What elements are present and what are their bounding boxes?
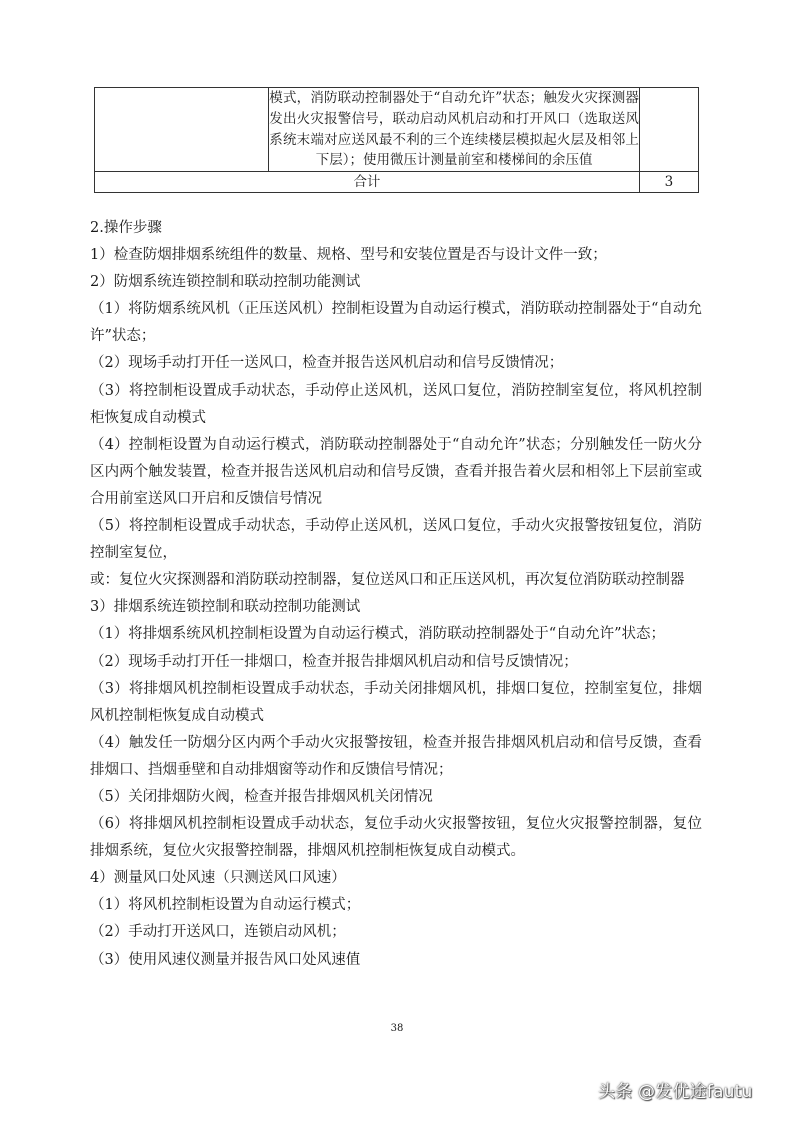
- step-paragraph: （3）使用风速仪测量并报告风口处风速值: [90, 947, 702, 974]
- section-heading: 2.操作步骤: [90, 215, 702, 242]
- step-paragraph: （3）将控制柜设置成手动状态，手动停止送风机，送风口复位，消防控制室复位，将风机…: [90, 378, 702, 432]
- spec-table: 模式，消防联动控制器处于“自动允许”状态；触发火灾探测器发出火灾报警信号，联动启…: [94, 87, 699, 193]
- step-paragraph: （6）将排烟风机控制柜设置成手动状态，复位手动火灾报警按钮，复位火灾报警控制器，…: [90, 811, 702, 865]
- document-page: 模式，消防联动控制器处于“自动允许”状态；触发火灾探测器发出火灾报警信号，联动启…: [0, 0, 794, 1123]
- step-paragraph: （5）将控制柜设置成手动状态，手动停止送风机，送风口复位，手动火灾报警按钮复位，…: [90, 513, 702, 567]
- step-paragraph: 1）检查防烟排烟系统组件的数量、规格、型号和安装位置是否与设计文件一致；: [90, 242, 702, 269]
- table-total-row: 合计 3: [95, 172, 699, 193]
- step-paragraph: （2）现场手动打开任一送风口，检查并报告送风机启动和信号反馈情况；: [90, 350, 702, 377]
- total-label: 合计: [95, 172, 640, 193]
- table-cell-score: [639, 88, 698, 172]
- operation-steps: 2.操作步骤 1）检查防烟排烟系统组件的数量、规格、型号和安装位置是否与设计文件…: [90, 215, 702, 974]
- table-cell-procedure: 模式，消防联动控制器处于“自动允许”状态；触发火灾探测器发出火灾报警信号，联动启…: [269, 88, 640, 172]
- step-paragraph: 或：复位火灾探测器和消防联动控制器，复位送风口和正压送风机，再次复位消防联动控制…: [90, 567, 702, 594]
- table-cell-empty: [95, 88, 269, 172]
- step-paragraph: （3）将排烟风机控制柜设置成手动状态，手动关闭排烟风机，排烟口复位，控制室复位，…: [90, 676, 702, 730]
- step-paragraph: （2）现场手动打开任一排烟口，检查并报告排烟风机启动和信号反馈情况；: [90, 649, 702, 676]
- step-paragraph: （1）将排烟系统风机控制柜设置为自动运行模式，消防联动控制器处于“自动允许”状态…: [90, 621, 702, 648]
- step-paragraph: 4）测量风口处风速（只测送风口风速）: [90, 865, 702, 892]
- table-row: 模式，消防联动控制器处于“自动允许”状态；触发火灾探测器发出火灾报警信号，联动启…: [95, 88, 699, 172]
- step-paragraph: （1）将风机控制柜设置为自动运行模式；: [90, 892, 702, 919]
- step-paragraph: （1）将防烟系统风机（正压送风机）控制柜设置为自动运行模式，消防联动控制器处于“…: [90, 296, 702, 350]
- step-paragraph: （4）控制柜设置为自动运行模式，消防联动控制器处于“自动允许”状态；分别触发任一…: [90, 432, 702, 513]
- step-paragraph: 3）排烟系统连锁控制和联动控制功能测试: [90, 594, 702, 621]
- step-paragraph: 2）防烟系统连锁控制和联动控制功能测试: [90, 269, 702, 296]
- page-number: 38: [0, 1023, 794, 1034]
- watermark: 头条 @发优途fautu: [598, 1077, 752, 1102]
- step-paragraph: （2）手动打开送风口，连锁启动风机；: [90, 919, 702, 946]
- step-paragraph: （4）触发任一防烟分区内两个手动火灾报警按钮，检查并报告排烟风机启动和信号反馈，…: [90, 730, 702, 784]
- step-paragraph: （5）关闭排烟防火阀，检查并报告排烟风机关闭情况: [90, 784, 702, 811]
- total-value: 3: [639, 172, 698, 193]
